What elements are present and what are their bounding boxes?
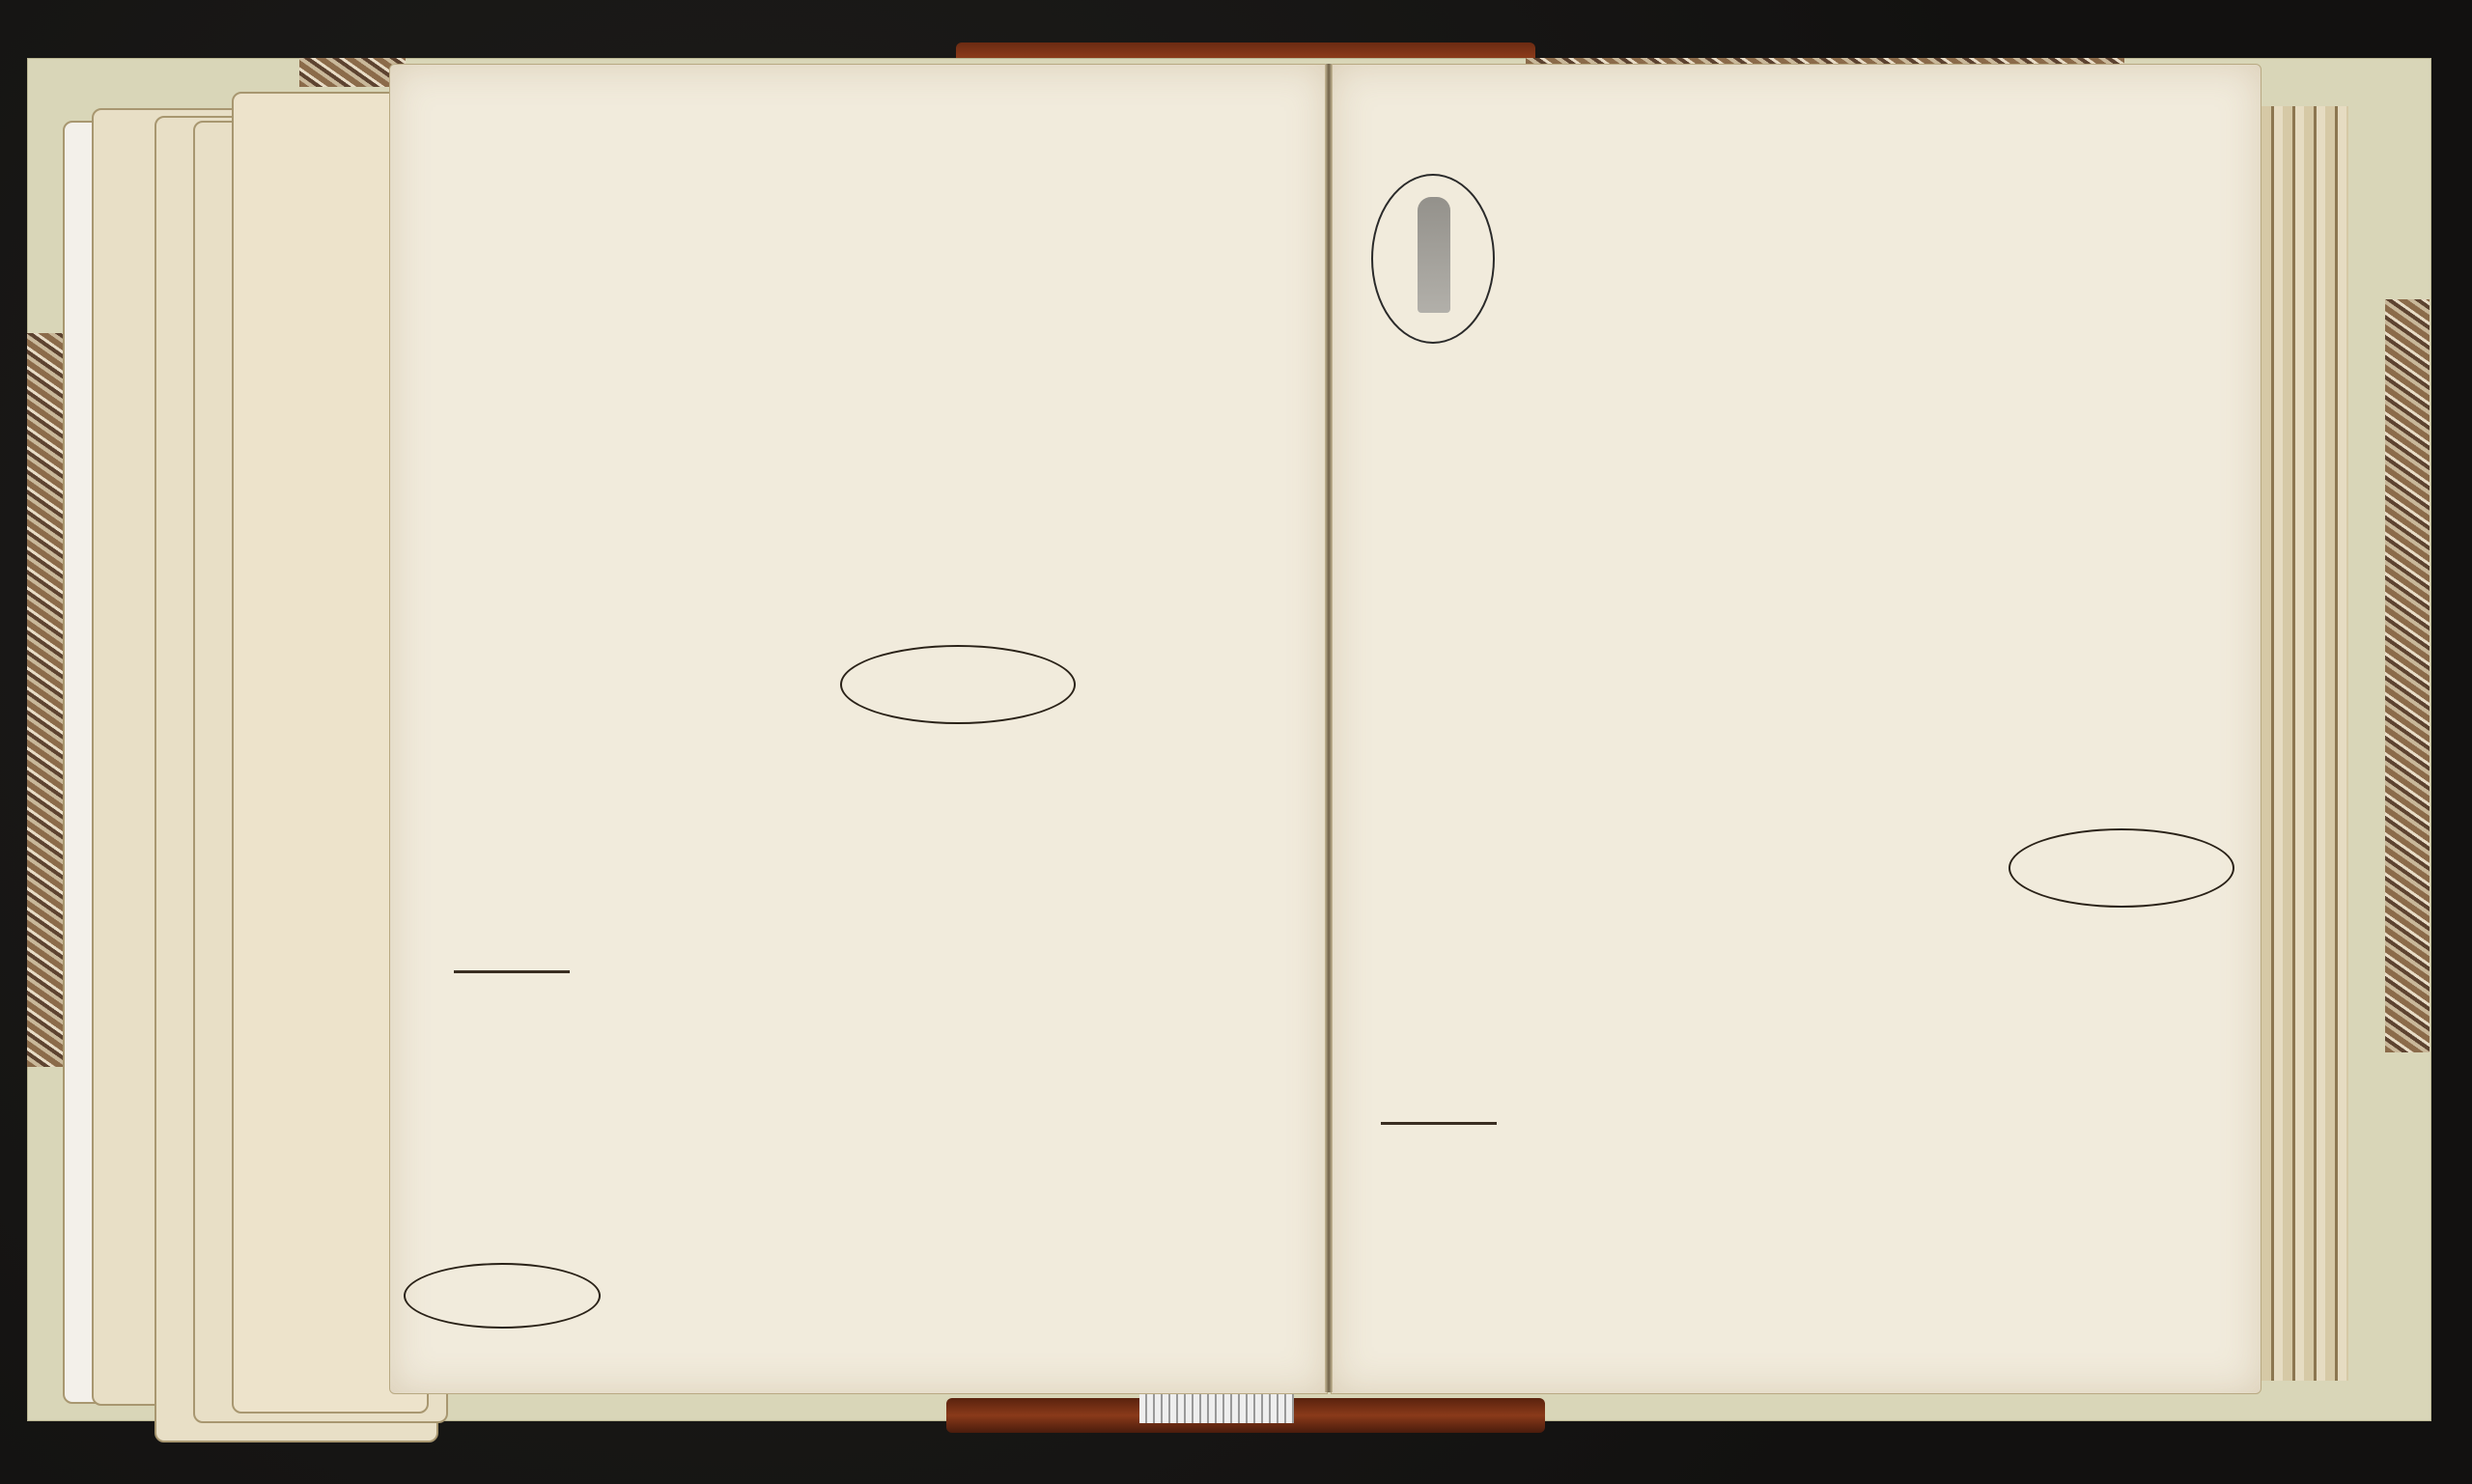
page-stack-right (2261, 106, 2348, 1381)
marbled-edge (2385, 299, 2430, 1052)
page-edges-bottom (1139, 1390, 1294, 1423)
signature-flourish (840, 645, 1076, 724)
left-page (389, 64, 1328, 1394)
separator (454, 970, 570, 973)
gutter (1325, 64, 1333, 1392)
separator (1381, 1122, 1497, 1125)
imperial-stamp (1371, 174, 1495, 344)
marbled-edge (27, 333, 66, 1067)
justice-figure-icon (1418, 197, 1450, 313)
signature-flourish (404, 1263, 601, 1329)
signature-flourish (2008, 828, 2234, 908)
